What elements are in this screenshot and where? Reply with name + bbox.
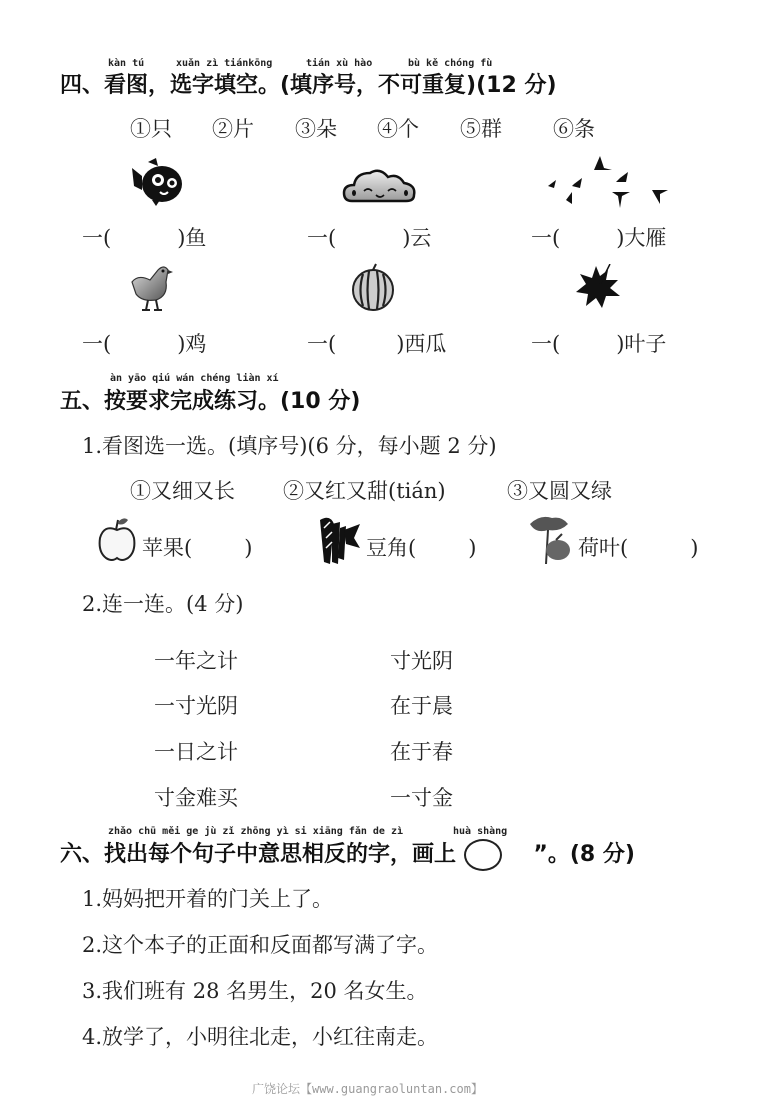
lotus-leaf-icon — [526, 514, 576, 566]
circle-mark-icon — [464, 839, 502, 871]
blank-suffix: )鱼 — [177, 226, 206, 250]
beans-blank[interactable]: 豆角() — [366, 532, 476, 562]
blank-prefix: 一( — [307, 226, 336, 250]
blank-prefix: 一( — [82, 332, 111, 356]
match-left-1[interactable]: 一年之计 — [154, 645, 238, 675]
q1-option-3: ③又圆又绿 — [507, 475, 612, 505]
blank-suffix: )大雁 — [616, 226, 666, 250]
section-6-title-tail: ”。(8 分) — [533, 842, 635, 867]
sentence-4: 4.放学了，小明往北走，小红往南走。 — [82, 1021, 438, 1051]
sentence-2: 2.这个本子的正面和反面都写满了字。 — [82, 929, 438, 959]
q1-option-2: ②又红又甜(tián) — [283, 475, 446, 505]
fish-icon — [130, 156, 190, 208]
sentence-3: 3.我们班有 28 名男生，20 名女生。 — [82, 975, 428, 1005]
match-left-4[interactable]: 寸金难买 — [154, 782, 238, 812]
leaf-icon — [572, 264, 624, 312]
blank-watermelon[interactable]: 一()西瓜 — [307, 328, 446, 358]
blank-close: ) — [468, 536, 476, 560]
blank-cloud[interactable]: 一()云 — [307, 222, 431, 252]
section-6-title-main: 六、找出每个句子中意思相反的字，画上 — [60, 842, 456, 867]
section-6-pinyin-tail: huà shàng — [453, 826, 507, 837]
blank-suffix: )叶子 — [616, 332, 666, 356]
blank-suffix: )鸡 — [177, 332, 206, 356]
blank-prefix: 一( — [531, 226, 560, 250]
lotus-leaf-label: 荷叶( — [578, 536, 628, 560]
wild-geese-icon — [542, 152, 702, 208]
blank-prefix: 一( — [82, 226, 111, 250]
watermelon-icon — [350, 262, 396, 312]
apple-blank[interactable]: 苹果() — [142, 532, 252, 562]
section-5-title: 五、按要求完成练习。(10 分) — [60, 384, 360, 415]
blank-wild-geese[interactable]: 一()大雁 — [531, 222, 666, 252]
option-1: ①只 — [130, 113, 172, 143]
section-6-title: 六、找出每个句子中意思相反的字，画上 ”。(8 分) — [60, 837, 635, 871]
sentence-1: 1.妈妈把开着的门关上了。 — [82, 883, 333, 913]
cloud-icon — [342, 165, 418, 205]
blank-chicken[interactable]: 一()鸡 — [82, 328, 206, 358]
option-3: ③朵 — [295, 113, 337, 143]
option-6: ⑥条 — [553, 113, 595, 143]
section-4-title: 四、看图，选字填空。(填序号，不可重复)(12 分) — [60, 68, 557, 99]
blank-suffix: )云 — [402, 226, 431, 250]
match-right-2[interactable]: 在于晨 — [390, 690, 453, 720]
option-5: ⑤群 — [460, 113, 502, 143]
lotus-leaf-blank[interactable]: 荷叶() — [578, 532, 698, 562]
question-2-title: 2.连一连。(4 分) — [82, 588, 243, 618]
blank-leaf[interactable]: 一()叶子 — [531, 328, 666, 358]
match-right-4[interactable]: 一寸金 — [390, 782, 453, 812]
match-right-1[interactable]: 寸光阴 — [390, 645, 453, 675]
q1-option-1: ①又细又长 — [130, 475, 235, 505]
match-left-3[interactable]: 一日之计 — [154, 736, 238, 766]
section-5-pinyin: àn yāo qiú wán chéng liàn xí — [110, 373, 279, 384]
option-2: ②片 — [212, 113, 254, 143]
apple-icon — [96, 516, 138, 564]
apple-label: 苹果( — [142, 536, 192, 560]
question-1-title: 1.看图选一选。(填序号)(6 分，每小题 2 分) — [82, 430, 497, 460]
blank-close: ) — [690, 536, 698, 560]
option-4: ④个 — [377, 113, 419, 143]
beans-icon — [316, 514, 362, 566]
blank-prefix: 一( — [307, 332, 336, 356]
blank-suffix: )西瓜 — [396, 332, 446, 356]
beans-label: 豆角( — [366, 536, 416, 560]
section-6-pinyin: zhǎo chū měi ge jù zǐ zhōng yì si xiāng … — [108, 826, 403, 837]
blank-close: ) — [244, 536, 252, 560]
match-right-3[interactable]: 在于春 — [390, 736, 453, 766]
match-left-2[interactable]: 一寸光阴 — [154, 690, 238, 720]
chicken-icon — [128, 262, 178, 314]
blank-fish[interactable]: 一()鱼 — [82, 222, 206, 252]
blank-prefix: 一( — [531, 332, 560, 356]
footer-watermark: 广饶论坛【www.guangraoluntan.com】 — [252, 1080, 483, 1097]
